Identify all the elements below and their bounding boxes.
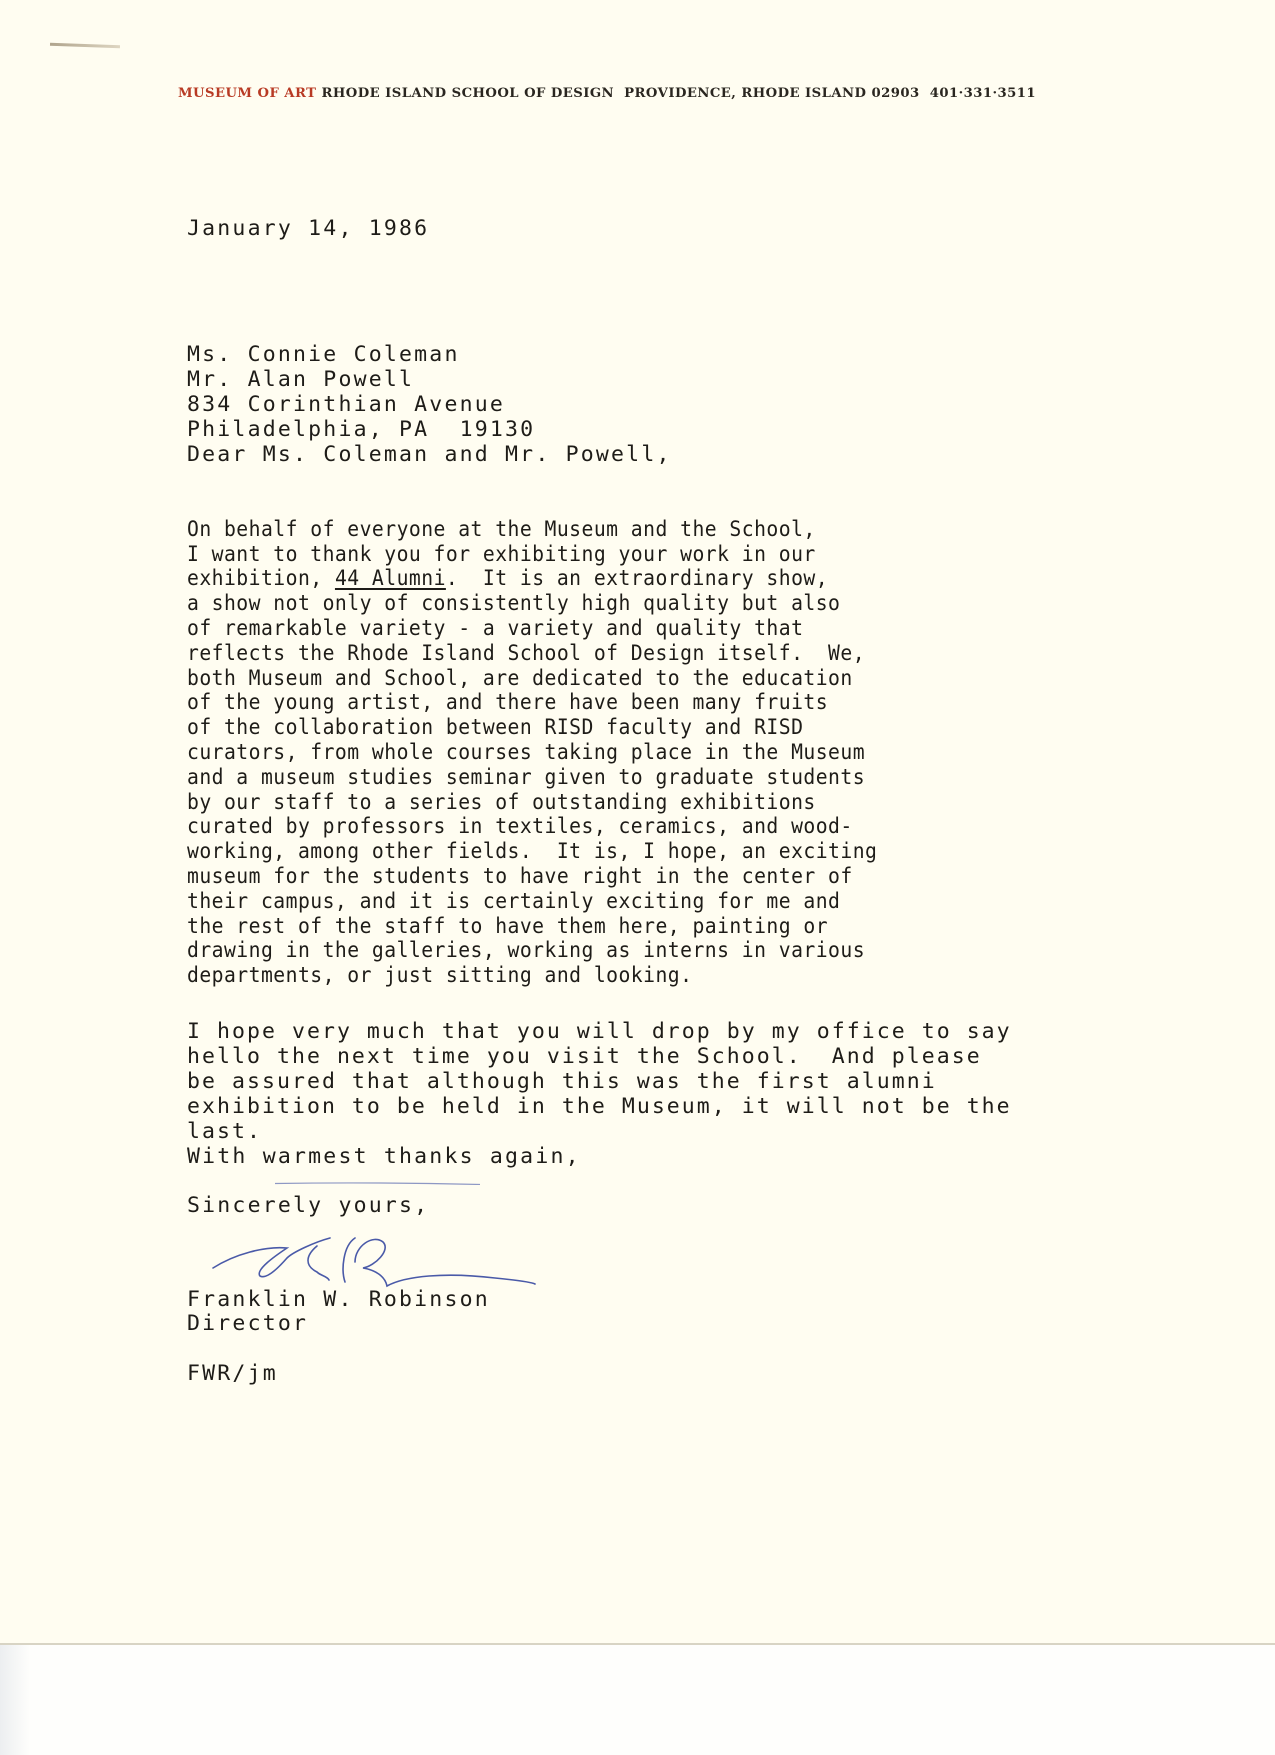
body-line: a show not only of consistently high qua… [187,591,877,616]
body-line: exhibition to be held in the Museum, it … [187,1094,1012,1119]
body-line: of the collaboration between RISD facult… [187,715,877,740]
body-line: curated by professors in textiles, ceram… [187,814,877,839]
letterhead-museum: MUSEUM OF ART [178,86,316,101]
recipient-line: Ms. Connie Coleman [187,342,535,367]
page-edge-shadow [0,1645,30,1755]
exhibition-title: 44 Alumni [335,565,446,590]
signer-name: Franklin W. Robinson [187,1287,490,1312]
letterhead: MUSEUM OF ART RHODE ISLAND SCHOOL OF DES… [178,86,1036,101]
body-line: departments, or just sitting and looking… [187,963,877,988]
body-line: I hope very much that you will drop by m… [187,1019,1012,1044]
body-text: exhibition, [187,565,335,590]
body-line: I want to thank you for exhibiting your … [187,542,877,567]
pen-stroke-mark [275,1182,480,1185]
body-line: exhibition, 44 Alumni. It is an extraord… [187,566,877,591]
body-line: reflects the Rhode Island School of Desi… [187,641,877,666]
body-text: . It is an extraordinary show, [446,565,828,590]
body-line: hello the next time you visit the School… [187,1044,1012,1069]
body-line: museum for the students to have right in… [187,864,877,889]
body-line: be assured that although this was the fi… [187,1069,1012,1094]
body-line: drawing in the galleries, working as int… [187,938,877,963]
letterhead-phone: 401·331·3511 [930,86,1036,101]
signer-title: Director [187,1311,308,1336]
body-line: and a museum studies seminar given to gr… [187,765,877,790]
complimentary-close: Sincerely yours, [187,1193,429,1218]
closing-line: With warmest thanks again, [187,1144,581,1169]
body-line: working, among other fields. It is, I ho… [187,839,877,864]
salutation: Dear Ms. Coleman and Mr. Powell, [187,442,672,467]
body-line: of the young artist, and there have been… [187,690,877,715]
body-line: last. [187,1119,1012,1144]
body-line: both Museum and School, are dedicated to… [187,666,877,691]
body-paragraph-2: I hope very much that you will drop by m… [187,994,1012,1169]
letterhead-school: RHODE ISLAND SCHOOL OF DESIGN [321,86,614,101]
letterhead-address: PROVIDENCE, RHODE ISLAND 02903 [624,86,919,101]
recipient-line: Mr. Alan Powell [187,367,535,392]
typist-initials: FWR/jm [187,1361,278,1386]
body-paragraph-1: On behalf of everyone at the Museum and … [187,492,877,1013]
letter-date: January 14, 1986 [187,216,429,241]
body-line: their campus, and it is certainly exciti… [187,889,877,914]
body-line: by our staff to a series of outstanding … [187,790,877,815]
body-line: On behalf of everyone at the Museum and … [187,517,877,542]
body-line: curators, from whole courses taking plac… [187,740,877,765]
body-line: the rest of the staff to have them here,… [187,914,877,939]
body-line: of remarkable variety - a variety and qu… [187,616,877,641]
recipient-line: 834 Corinthian Avenue [187,392,535,417]
recipient-line: Philadelphia, PA 19130 [187,417,535,442]
